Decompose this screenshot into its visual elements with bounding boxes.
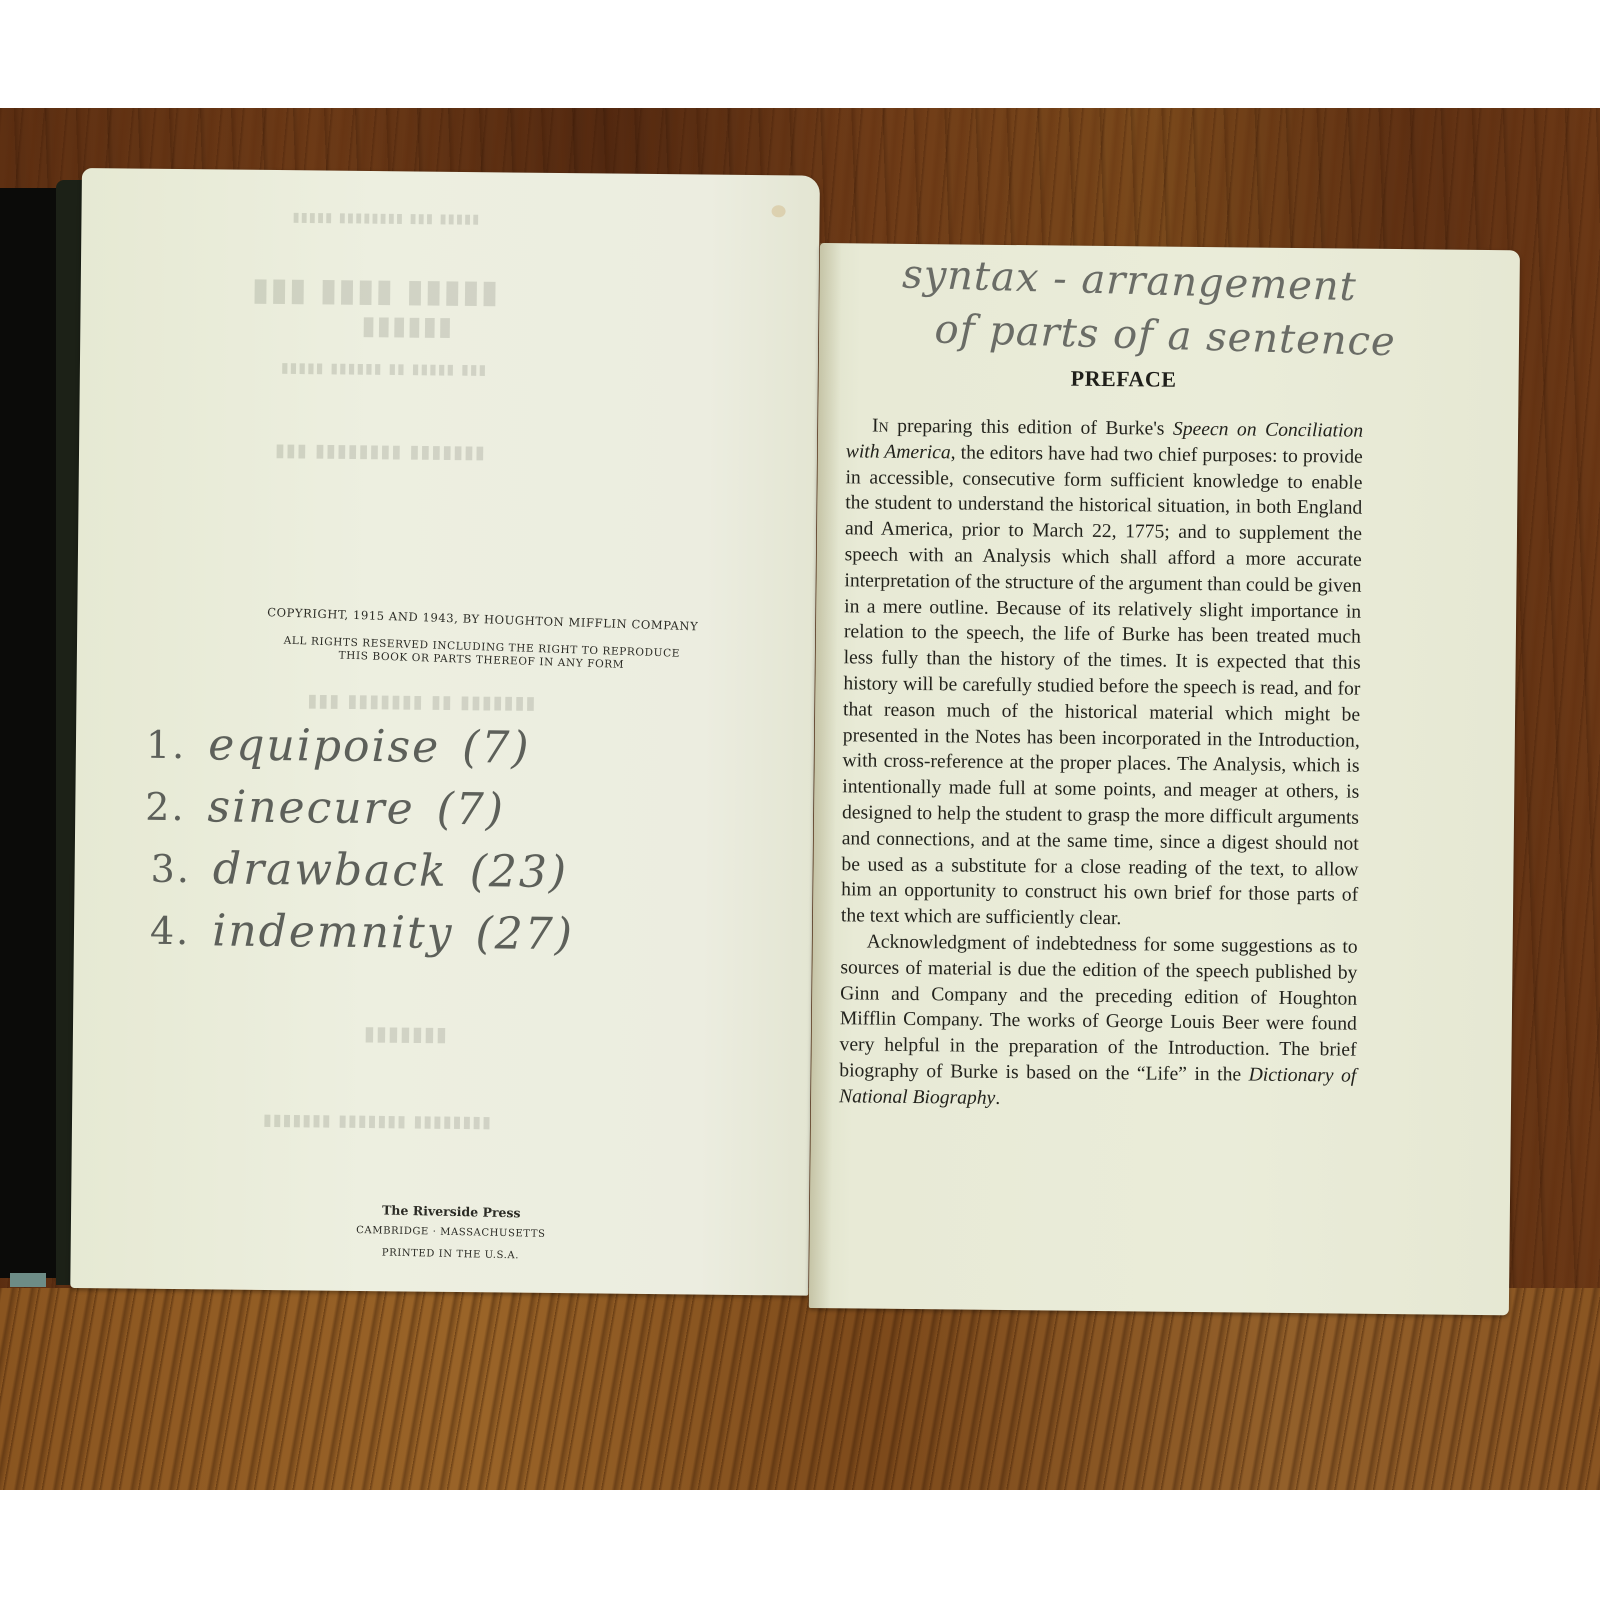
vocab-word: sinecure: [207, 776, 415, 840]
bleed-through-text: ▮▮▮▮▮▮: [360, 311, 452, 342]
cover-corner: [10, 1273, 46, 1287]
bleed-through-text: ▮▮▮▮▮▮▮ ▮▮ ▮▮▮▮▮▮▮ ▮▮▮: [306, 690, 535, 713]
book-cover: [0, 188, 64, 1278]
vocab-item: 2. sinecure (7): [145, 776, 576, 842]
vocab-number: 4.: [150, 900, 191, 962]
bleed-through-text: ▮▮▮ ▮▮▮▮▮ ▮▮ ▮▮▮▮▮▮ ▮▮▮▮▮: [280, 360, 486, 378]
printed-in: PRINTED IN THE U.S.A.: [340, 1242, 560, 1269]
bleed-through-text: ▮▮▮▮▮ ▮▮▮▮ ▮▮▮: [251, 270, 499, 311]
vocab-item: 1. equipoise (7): [146, 714, 577, 780]
page-title: PREFACE: [818, 363, 1428, 395]
copyright-notice: COPYRIGHT, 1915 AND 1943, BY HOUGHTON MI…: [256, 605, 708, 675]
publisher-imprint: The Riverside Press CAMBRIDGE · MASSACHU…: [340, 1200, 561, 1269]
vocab-number: 2.: [145, 776, 186, 838]
vocab-page-ref: (7): [462, 717, 531, 780]
vocab-number: 3.: [150, 838, 191, 900]
vocab-page-ref: (27): [475, 903, 574, 966]
drop-cap: In: [872, 416, 889, 437]
paragraph-text: .: [995, 1088, 1000, 1109]
preface-paragraph: Acknowledgment of indebtedness for some …: [839, 929, 1358, 1115]
left-page: ▮▮▮▮▮ ▮▮▮ ▮▮▮▮▮▮▮▮ ▮▮▮▮▮ ▮▮▮▮▮ ▮▮▮▮ ▮▮▮ …: [70, 168, 820, 1296]
handwritten-note: syntax - arrangement of parts of a sente…: [900, 248, 1398, 370]
paragraph-text: , the editors have had two chief purpose…: [841, 442, 1363, 929]
vocab-number: 1.: [146, 714, 187, 776]
vocab-word: drawback: [213, 838, 448, 902]
bleed-through-text: ▮▮▮▮▮▮▮ ▮▮▮▮▮▮▮▮ ▮▮▮: [274, 440, 485, 463]
book-photo: ▮▮▮▮▮ ▮▮▮ ▮▮▮▮▮▮▮▮ ▮▮▮▮▮ ▮▮▮▮▮ ▮▮▮▮ ▮▮▮ …: [0, 108, 1600, 1490]
preface-body: In preparing this edition of Burke's Spe…: [839, 413, 1363, 1115]
preface-paragraph: In preparing this edition of Burke's Spe…: [841, 413, 1363, 934]
handwritten-vocab-list: 1. equipoise (7) 2. sinecure (7) 3. draw…: [144, 714, 576, 966]
vocab-item: 3. drawback (23): [144, 838, 575, 904]
vocab-word: equipoise: [208, 714, 441, 778]
foxing-spot: [772, 205, 786, 217]
paragraph-text: preparing this edition of Burke's: [889, 416, 1173, 440]
vocab-page-ref: (23): [469, 841, 568, 904]
wooden-table-lower: [0, 1288, 1600, 1490]
bleed-through-text: ▮▮▮▮▮▮▮: [363, 1021, 447, 1046]
vocab-item: 4. indemnity (27): [144, 900, 575, 966]
vocab-page-ref: (7): [436, 779, 505, 842]
right-page: syntax - arrangement of parts of a sente…: [809, 243, 1520, 1315]
press-city: CAMBRIDGE · MASSACHUSETTS: [341, 1220, 561, 1247]
bleed-through-text: ▮▮▮▮▮ ▮▮▮ ▮▮▮▮▮▮▮▮ ▮▮▮▮▮: [291, 210, 479, 227]
vocab-word: indemnity: [212, 900, 454, 965]
bleed-through-text: ▮▮▮▮▮▮▮▮ ▮▮▮▮▮▮▮ ▮▮▮▮▮▮▮: [262, 1110, 491, 1131]
paragraph-text: Acknowledgment of indebtedness for some …: [839, 931, 1358, 1085]
